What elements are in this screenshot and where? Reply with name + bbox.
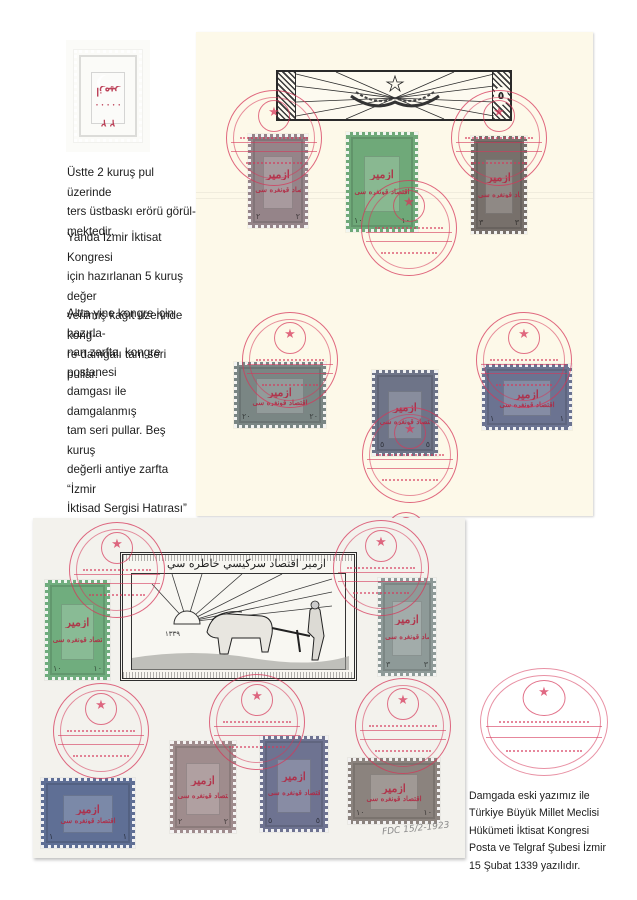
overprint-subtext: اقتصاد قونغره سي [178,792,228,799]
caption-line: değerli antiye zarfta “İzmir [67,460,197,499]
overprint-text: ازمير [358,783,430,794]
postmark-detail: ★ [480,668,608,776]
star-crescent-icon: ★ [365,530,397,562]
overprint-text: ازمير [380,402,430,413]
star-crescent-icon: ★ [523,680,566,716]
caption-line: tam seri pullar. Beş kuruş [67,421,197,460]
stamp-value: ١٠ [354,216,363,225]
star-crescent-icon: ★ [387,688,419,720]
overprint-subtext: اقتصاد قونغره سي [380,418,430,425]
stamp-value: ١٠ [423,808,432,817]
stamp-1-kurus: ازميراقتصاد قونغره سي١١ [482,364,572,430]
overprint-text-line2: · · · · · [82,101,134,109]
stamp-value: ١ [560,414,564,423]
caption-postmark-description: Damgada eski yazımız ile Türkiye Büyük M… [469,788,634,875]
star-crescent-icon: ★ [508,322,540,354]
overprint-text: ازمير [51,804,125,815]
vignette-title: ازمير اقتصاد سركيسي خاطره سي [153,556,340,572]
caption-line: 15 Şubat 1339 yazılıdır. [469,858,634,875]
stamp-5-kurus: ازميراقتصاد قونغره سي٥٥ [260,736,328,832]
congress-envelope: ازمير اقتصاد سركيسي خاطره سي ١٣٣٩ [33,518,465,858]
overprint-text: ازمير [354,169,409,180]
caption-line: damgası ile damgalanmış [67,382,197,421]
stamp-value: ٢ [256,212,260,221]
stamp-3-kurus: ازميراقتصاد قونغره سي٣٣ [471,136,527,234]
stamp-2-kurus-inverted-overprint: ازمير · · · · · ٢ ٢ [74,50,142,142]
farmer-oxen-sunrise-icon: ١٣٣٩ [132,574,349,670]
stamp-1-kurus: ازميراقتصاد قونغره سي١١ [41,778,135,848]
postmark: ★ [53,683,149,779]
caption-line: Türkiye Büyük Millet Meclisi [469,805,634,822]
overprint-subtext: اقتصاد قونغره سي [53,636,103,643]
overprint-subtext: اقتصاد قونغره سي [478,191,520,198]
overprint-text: ازمير [385,614,429,625]
vignette-year: ١٣٣٩ [165,630,180,638]
stamp-value: ١٠ [93,664,102,673]
sheet-banner: ٥ [276,70,512,121]
stamp-value: ٣ [479,218,483,227]
overprint-subtext: اقتصاد قونغره سي [385,633,429,640]
stamp-10-kurus-animals: ازميراقتصاد قونغره سي١٠١٠ [348,758,440,824]
banner-ornament-right: ٥ [492,72,510,119]
overprint-text: ازمير [244,387,316,398]
stamp-value: ٥ [268,816,272,825]
overprint-subtext: اقتصاد قونغره سي [268,789,320,796]
overprint-text-line3: ٢ ٢ [82,117,134,127]
overprint-subtext: اقتصاد قونغره سي [492,401,563,408]
star-crescent-icon: ★ [241,684,273,716]
overprint-subtext: اقتصاد قونغره سي [244,399,316,406]
star-crescent-icon: ★ [274,322,306,354]
stamp-value: ٥ [316,816,320,825]
overprint-text: ازمير [478,172,520,183]
stamp-value: ٢ [178,817,182,826]
caption-line: Yanda İzmir İktisat Kongresi [67,228,197,267]
stamp-value: ٣ [424,660,428,669]
overprint-text: ازمير [178,775,228,786]
banner-ornament-left [278,72,296,119]
overprint-subtext: اقتصاد قونغره سي [354,188,409,195]
stamp-value: ٢٠ [309,412,318,421]
overprint-text: ازمير [255,169,300,180]
stamp-3-kurus: ازميراقتصاد قونغره سي٣٣ [378,578,436,676]
overprint-text: ازمير [82,86,134,97]
caption-line: ters üstbaskı erörü görül- [67,202,197,222]
caption-line: Damgada eski yazımız ile [469,788,634,805]
caption-line: Posta ve Telgraf Şubesi İzmir [469,840,634,857]
caption-line: Altta yine kongre için hazırla- [67,304,197,343]
stamp-value: ٢ [296,212,300,221]
stamp-value: ١ [123,832,127,841]
stamp-value: ١ [490,414,494,423]
stamp-10-kurus: ازميراقتصاد قونغره سي١٠١٠ [45,580,110,680]
stamp-value: ١ [49,832,53,841]
stamp-2-kurus: ازميراقتصاد قونغره سي٢٢ [248,134,308,228]
stamp-value: ١٠ [401,216,410,225]
stamp-value: ٢ [224,817,228,826]
stamp-value: ١٠ [356,808,365,817]
stamp-2-kurus: ازميراقتصاد قونغره سي٢٢ [170,741,236,833]
overprint-text: ازمير [53,617,103,628]
stamp-value: ١٠ [53,664,62,673]
stamp-value: ٣ [386,660,390,669]
overprint-subtext: اقتصاد قونغره سي [51,817,125,824]
overprint-subtext: اقتصاد قونغره سي [358,795,430,802]
congress-sheet: ٥ ازميراقتصاد قونغره سي٢٢ازميراقتصاد قون… [196,32,593,516]
stamp-20-kurus: ازميراقتصاد قونغره سي٢٠٢٠ [234,362,326,428]
overprint-subtext: اقتصاد قونغره سي [255,186,300,193]
caption-line: nan zarfta, kongre postanesi [67,343,197,382]
stamp-value: ٣ [515,218,519,227]
banner-value: ٥ [494,87,508,105]
stamp-10-kurus: ازميراقتصاد قونغره سي١٠١٠ [346,132,418,232]
envelope-vignette-farmer-plowing: ازمير اقتصاد سركيسي خاطره سي ١٣٣٩ [120,552,357,681]
star-crescent-icon: ★ [85,693,117,725]
caption-line: için hazırlanan 5 kuruş değer [67,267,197,306]
single-stamp-image: ازمير · · · · · ٢ ٢ [66,40,150,152]
overprint-text: ازمير [268,771,320,782]
caption-line: Hükümeti İktisat Kongresi [469,823,634,840]
sunburst-wreath-icon [296,72,494,119]
overprint-text: ازمير [492,389,563,400]
stamp-value: ٥ [426,440,430,449]
caption-line: Üstte 2 kuruş pul üzerinde [67,163,197,202]
stamp-5-kurus: ازميراقتصاد قونغره سي٥٥ [372,370,438,456]
stamp-value: ٥ [380,440,384,449]
stamp-value: ٢٠ [242,412,251,421]
